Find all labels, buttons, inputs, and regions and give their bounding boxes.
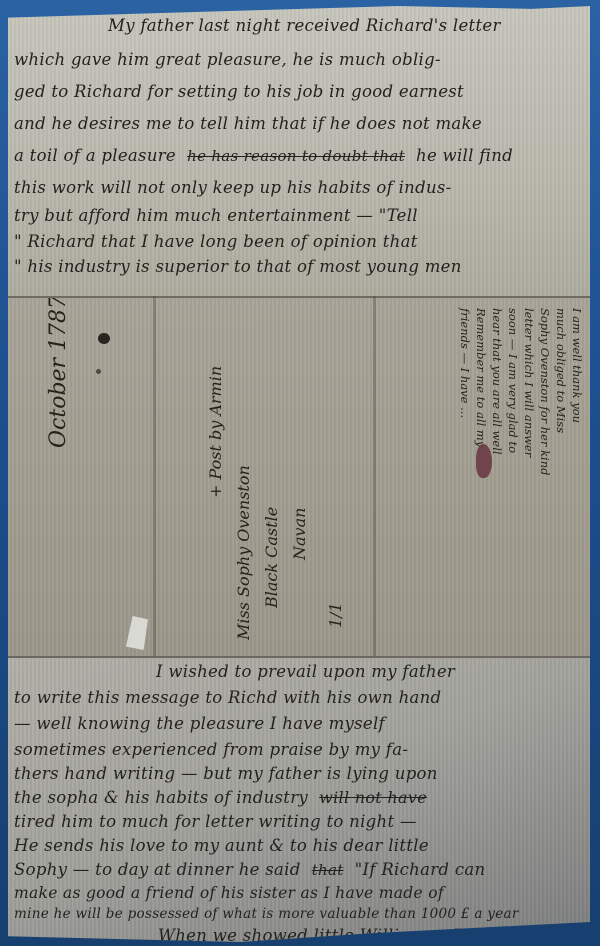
- letter-line: tired him to much for letter writing to …: [14, 812, 417, 831]
- letter-line: He sends his love to my aunt & to his de…: [14, 836, 429, 855]
- address-line-3: Navan: [290, 508, 309, 560]
- letter-text: Sophy — to day at dinner he said: [14, 860, 301, 879]
- letter-line-with-strike: a toil of a pleasure he has reason to do…: [14, 146, 513, 165]
- letter-line: " his industry is superior to that of mo…: [14, 257, 462, 276]
- letter-line: and he desires me to tell him that if he…: [14, 114, 482, 133]
- postal-mark: 1/1: [326, 602, 345, 628]
- margin-note-line: I am well thank you: [570, 308, 584, 423]
- margin-note-line: letter which I will answer: [522, 308, 536, 457]
- struck-text: he has reason to doubt that: [187, 147, 405, 165]
- letter-text: he will find: [416, 146, 513, 165]
- ink-blot: [96, 369, 101, 374]
- letter-line: ged to Richard for setting to his job in…: [14, 82, 464, 101]
- letter-line: mine he will be possessed of what is mor…: [14, 906, 519, 922]
- letter-line: to write this message to Richd with his …: [14, 688, 441, 707]
- letter-line: sometimes experienced from praise by my …: [14, 740, 408, 759]
- letter-line: — well knowing the pleasure I have mysel…: [14, 714, 385, 733]
- letter-line-with-strike: Sophy — to day at dinner he said that "I…: [14, 860, 485, 879]
- letter-bottom-panel: I wished to prevail upon my father to wr…: [8, 656, 590, 942]
- letter-date: October 1787: [46, 296, 71, 448]
- margin-note-line: much obliged to Miss: [554, 308, 568, 433]
- struck-text: will not have: [319, 788, 427, 807]
- letter-line: try but afford him much entertainment — …: [14, 206, 418, 225]
- letter-text: "If Richard can: [355, 860, 486, 879]
- margin-note-line: friends — I have ...: [458, 308, 472, 418]
- margin-note-line: Remember me to all my: [474, 308, 488, 447]
- letter-sheet: My father last night received Richard's …: [8, 6, 590, 942]
- letter-line: I wished to prevail upon my father: [156, 662, 455, 681]
- paper-fold: [153, 296, 156, 656]
- wax-seal-remnant: [476, 444, 492, 478]
- letter-line: " Richard that I have long been of opini…: [14, 232, 418, 251]
- letter-line: this work will not only keep up his habi…: [14, 178, 452, 197]
- letter-line: When we showed little William ... Bo: [158, 926, 476, 942]
- letter-top-panel: My father last night received Richard's …: [8, 6, 590, 296]
- letter-line: thers hand writing — but my father is ly…: [14, 764, 438, 783]
- letter-text: a toil of a pleasure: [14, 146, 176, 165]
- ink-blot: [98, 333, 110, 344]
- letter-text: the sopha & his habits of industry: [14, 788, 308, 807]
- address-line-1: Miss Sophy Ovenston: [234, 465, 253, 640]
- paper-fold: [373, 296, 376, 656]
- letter-address-panel: October 1787 + Post by Armin Miss Sophy …: [8, 296, 590, 656]
- postal-note: + Post by Armin: [206, 366, 225, 498]
- margin-note-line: Sophy Ovenston for her kind: [538, 308, 552, 475]
- address-line-2: Black Castle: [262, 507, 281, 608]
- margin-note-line: soon — I am very glad to: [506, 308, 520, 453]
- letter-line: which gave him great pleasure, he is muc…: [14, 50, 441, 69]
- struck-text: that: [312, 861, 344, 879]
- letter-line: make as good a friend of his sister as I…: [14, 884, 444, 902]
- letter-line-with-strike: the sopha & his habits of industry will …: [14, 788, 427, 807]
- margin-note-line: hear that you are all well: [490, 308, 504, 455]
- letter-line: My father last night received Richard's …: [108, 16, 501, 35]
